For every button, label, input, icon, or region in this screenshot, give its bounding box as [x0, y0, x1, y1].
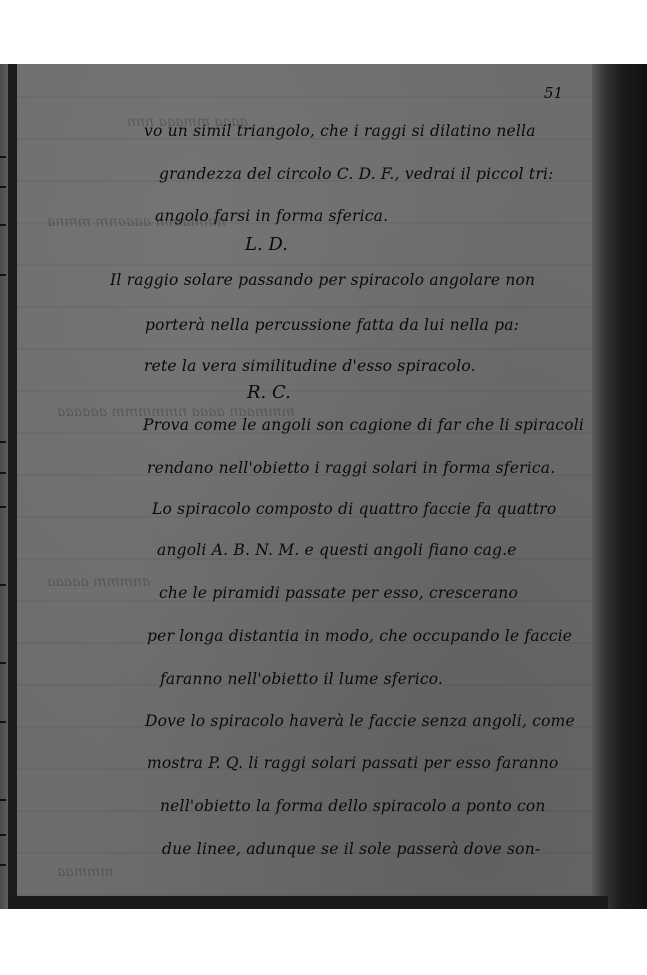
text-line: che le piramidi passate per esso, cresce… — [159, 584, 518, 602]
manuscript-scan: aaaa mmaaa nnn nmmamm aaaanm mmna mmmaan… — [0, 64, 647, 909]
text-line: rendano nell'obietto i raggi solari in f… — [147, 459, 555, 477]
section-marker: L. D. — [245, 234, 288, 255]
text-line: Prova come le angoli son cagione di far … — [143, 416, 584, 434]
text-line: grandezza del circolo C. D. F., vedrai i… — [159, 165, 554, 183]
text-line: Dove lo spiracolo haverà le faccie senza… — [145, 712, 575, 730]
text-line: angoli A. B. N. M. e questi angoli fiano… — [157, 541, 517, 559]
previous-page-edge — [0, 64, 8, 909]
text-line: faranno nell'obietto il lume sferico. — [160, 670, 443, 688]
text-line: vo un simil triangolo, che i raggi si di… — [144, 122, 536, 140]
text-line: mostra P. Q. li raggi solari passati per… — [147, 754, 558, 772]
manuscript-page: aaaa mmaaa nnn nmmamm aaaanm mmna mmmaan… — [17, 64, 592, 896]
binding-gutter — [8, 64, 17, 909]
text-line: angolo farsi in forma sferica. — [155, 207, 388, 225]
text-line: rete la vera similitudine d'esso spiraco… — [144, 357, 476, 375]
text-line: nell'obietto la forma dello spiracolo a … — [160, 797, 546, 815]
text-line: Lo spiracolo composto di quattro faccie … — [152, 500, 556, 518]
section-marker: R. C. — [247, 382, 291, 403]
manuscript-text: vo un simil triangolo, che i raggi si di… — [17, 64, 592, 896]
text-line: due linee, adunque se il sole passerà do… — [162, 840, 540, 858]
text-line: per longa distantia in modo, che occupan… — [147, 627, 572, 645]
previous-page-ink-marks — [0, 64, 8, 909]
right-binding-shadow — [592, 64, 647, 909]
text-line: porterà nella percussione fatta da lui n… — [145, 316, 519, 334]
page-bottom-edge — [8, 896, 608, 909]
text-line: Il raggio solare passando per spiracolo … — [110, 271, 535, 289]
